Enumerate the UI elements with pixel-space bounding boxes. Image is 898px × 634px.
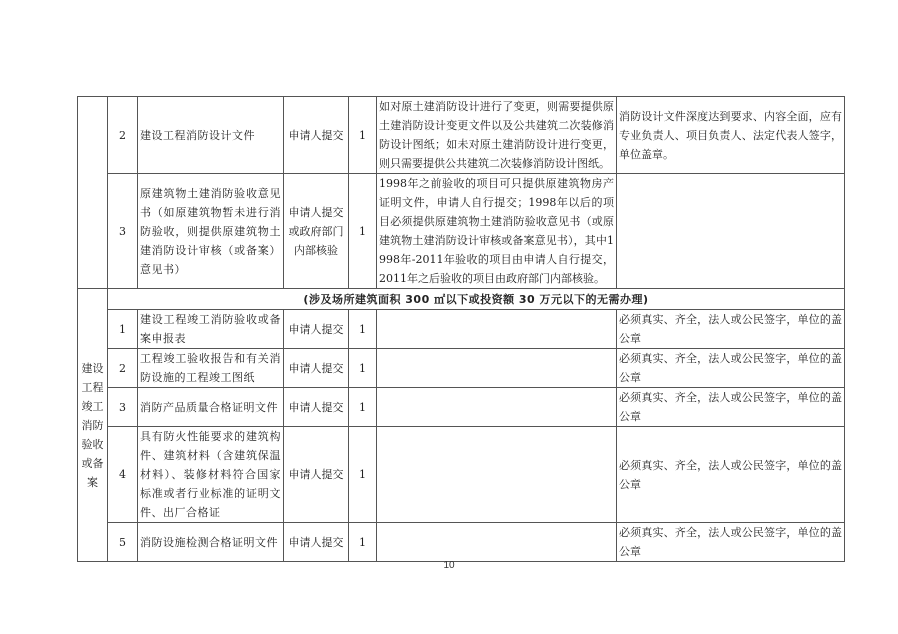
materials-table: 2 建设工程消防设计文件 申请人提交 1 如对原土建消防设计进行了变更，则需要提… — [77, 96, 845, 562]
material-source: 申请人提交 — [284, 97, 349, 174]
material-note — [377, 349, 617, 388]
material-note — [377, 523, 617, 562]
material-quantity: 1 — [349, 349, 377, 388]
material-name: 原建筑物土建消防验收意见书（如原建筑物暂未进行消防验收，则提供原建筑物土建消防设… — [138, 174, 284, 289]
material-name: 建设工程竣工消防验收或备案申报表 — [138, 310, 284, 349]
material-quantity: 1 — [349, 97, 377, 174]
material-note: 1998年之前验收的项目可只提供原建筑物房产证明文件，申请人自行提交；1998年… — [377, 174, 617, 289]
material-quantity: 1 — [349, 388, 377, 427]
material-source: 申请人提交 — [284, 523, 349, 562]
material-name: 消防产品质量合格证明文件 — [138, 388, 284, 427]
material-name: 消防设施检测合格证明文件 — [138, 523, 284, 562]
row-number: 4 — [108, 427, 138, 523]
table-row: 2 建设工程消防设计文件 申请人提交 1 如对原土建消防设计进行了变更，则需要提… — [78, 97, 845, 174]
material-quantity: 1 — [349, 310, 377, 349]
material-note — [377, 388, 617, 427]
table-row: 2 工程竣工验收报告和有关消防设施的工程竣工图纸 申请人提交 1 必须真实、齐全… — [78, 349, 845, 388]
table-row: 建设工程竣工消防验收或备案 (涉及场所建筑面积 300 ㎡以下或投资额 30 万… — [78, 289, 845, 310]
material-requirement: 消防设计文件深度达到要求、内容全面，应有专业负责人、项目负责人、法定代表人签字，… — [617, 97, 845, 174]
material-source: 申请人提交 — [284, 349, 349, 388]
table-row: 5 消防设施检测合格证明文件 申请人提交 1 必须真实、齐全，法人或公民签字，单… — [78, 523, 845, 562]
material-source: 申请人提交或政府部门内部核验 — [284, 174, 349, 289]
material-source: 申请人提交 — [284, 427, 349, 523]
page-number: 10 — [0, 560, 898, 571]
material-requirement: 必须真实、齐全，法人或公民签字，单位的盖公章 — [617, 427, 845, 523]
row-number: 5 — [108, 523, 138, 562]
material-quantity: 1 — [349, 523, 377, 562]
category-cell — [78, 97, 108, 289]
row-number: 1 — [108, 310, 138, 349]
row-number: 3 — [108, 388, 138, 427]
material-source: 申请人提交 — [284, 388, 349, 427]
material-source: 申请人提交 — [284, 310, 349, 349]
category-cell: 建设工程竣工消防验收或备案 — [78, 289, 108, 562]
table-row: 3 消防产品质量合格证明文件 申请人提交 1 必须真实、齐全，法人或公民签字，单… — [78, 388, 845, 427]
material-requirement: 必须真实、齐全，法人或公民签字，单位的盖公章 — [617, 388, 845, 427]
material-requirement — [617, 174, 845, 289]
material-note: 如对原土建消防设计进行了变更，则需要提供原土建消防设计变更文件以及公共建筑二次装… — [377, 97, 617, 174]
material-note — [377, 310, 617, 349]
material-name: 建设工程消防设计文件 — [138, 97, 284, 174]
material-requirement: 必须真实、齐全，法人或公民签字，单位的盖公章 — [617, 349, 845, 388]
row-number: 2 — [108, 97, 138, 174]
section-banner: (涉及场所建筑面积 300 ㎡以下或投资额 30 万元以下的无需办理) — [108, 289, 845, 310]
material-name: 工程竣工验收报告和有关消防设施的工程竣工图纸 — [138, 349, 284, 388]
material-quantity: 1 — [349, 174, 377, 289]
table-row: 4 具有防火性能要求的建筑构件、建筑材料（含建筑保温材料）、装修材料符合国家标准… — [78, 427, 845, 523]
row-number: 3 — [108, 174, 138, 289]
material-requirement: 必须真实、齐全，法人或公民签字，单位的盖公章 — [617, 523, 845, 562]
table-row: 1 建设工程竣工消防验收或备案申报表 申请人提交 1 必须真实、齐全，法人或公民… — [78, 310, 845, 349]
material-requirement: 必须真实、齐全，法人或公民签字，单位的盖公章 — [617, 310, 845, 349]
material-quantity: 1 — [349, 427, 377, 523]
material-note — [377, 427, 617, 523]
material-name: 具有防火性能要求的建筑构件、建筑材料（含建筑保温材料）、装修材料符合国家标准或者… — [138, 427, 284, 523]
row-number: 2 — [108, 349, 138, 388]
table-row: 3 原建筑物土建消防验收意见书（如原建筑物暂未进行消防验收，则提供原建筑物土建消… — [78, 174, 845, 289]
